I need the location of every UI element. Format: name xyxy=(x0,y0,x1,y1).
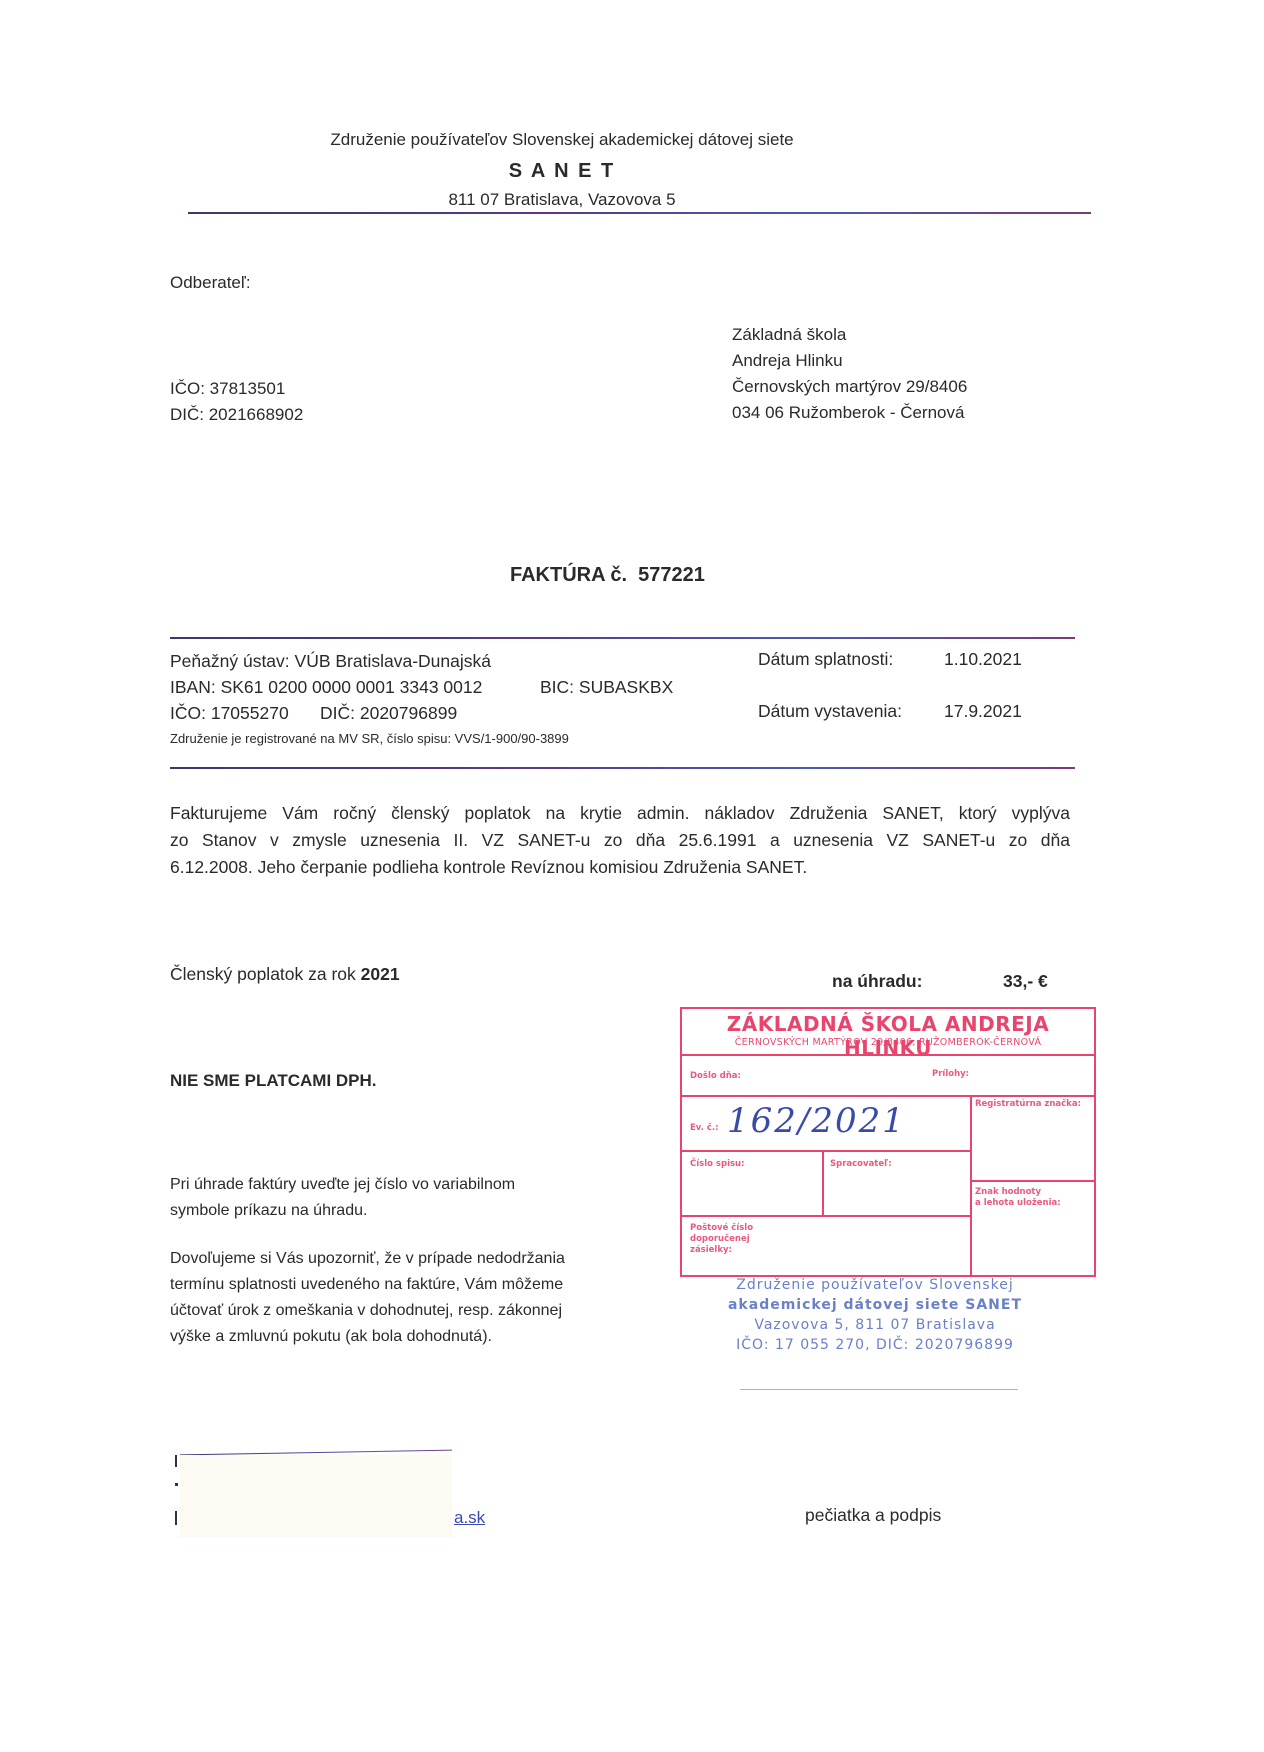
customer-address-line: Černovských martýrov 29/8406 xyxy=(732,374,967,400)
bank-institution: Peňažný ústav: VÚB Bratislava-Dunajská xyxy=(170,648,491,674)
fee-year: 2021 xyxy=(361,964,400,984)
stamp-reg-no-handwritten: 162/2021 xyxy=(727,1101,906,1141)
vat-notice: NIE SME PLATCAMI DPH. xyxy=(170,1068,377,1094)
stamp-received-label: Došlo dňa: xyxy=(690,1071,741,1082)
late-notice-line: Dovoľujeme si Vás upozorniť, že v prípad… xyxy=(170,1246,565,1272)
fee-label: Členský poplatok za rok 2021 xyxy=(170,961,400,987)
stamp-divider xyxy=(682,1150,970,1152)
redacted-contact-block xyxy=(180,1455,452,1537)
stamp-divider xyxy=(970,1095,972,1275)
org-stamp-line: Združenie používateľov Slovenskej xyxy=(705,1275,1045,1295)
org-full-name: Združenie používateľov Slovenskej akadem… xyxy=(0,130,1194,150)
stamp-registry-mark-label: Registratúrna značka: xyxy=(975,1099,1081,1110)
redaction-edge-mark xyxy=(175,1455,177,1467)
stamp-postal-line: zásielky: xyxy=(690,1245,753,1256)
payment-note-line: symbole príkazu na úhradu. xyxy=(170,1198,515,1224)
stamp-school-name: ZÁKLADNÁ ŠKOLA ANDREJA HLINKU xyxy=(682,1012,1094,1060)
org-stamp-line: Vazovova 5, 811 07 Bratislava xyxy=(705,1315,1045,1335)
signature-line xyxy=(740,1389,1018,1390)
stamp-divider xyxy=(682,1215,970,1217)
issued-date-value: 17.9.2021 xyxy=(944,698,1022,724)
due-date-value: 1.10.2021 xyxy=(944,646,1022,672)
description-line: 6.12.2008. Jeho čerpanie podlieha kontro… xyxy=(170,854,1070,881)
org-stamp-line: akademickej dátovej siete SANET xyxy=(705,1295,1045,1315)
stamp-divider xyxy=(682,1054,1094,1056)
fee-label-text: Členský poplatok za rok xyxy=(170,964,356,984)
signature-label: pečiatka a podpis xyxy=(805,1502,941,1528)
stamp-value-mark-label: Znak hodnoty a lehota uloženia: xyxy=(975,1187,1061,1209)
invoice-number: 577221 xyxy=(638,564,705,586)
bank-dic: DIČ: 2020796899 xyxy=(320,700,457,726)
description-line: zo Stanov v zmysle uznesenia II. VZ SANE… xyxy=(170,827,1070,854)
org-address: 811 07 Bratislava, Vazovova 5 xyxy=(0,190,1194,210)
bank-ico: IČO: 17055270 xyxy=(170,700,289,726)
stamp-handler-label: Spracovateľ: xyxy=(830,1159,892,1170)
description-line: Fakturujeme Vám ročný členský poplatok n… xyxy=(170,800,1070,827)
stamp-school-address: ČERNOVSKÝCH MARTÝROV 29/8406, RUŽOMBEROK… xyxy=(682,1037,1094,1048)
customer-address-line: Andreja Hlinku xyxy=(732,348,967,374)
header-divider xyxy=(188,212,1091,214)
customer-address: Základná škola Andreja Hlinku Černovskýc… xyxy=(732,322,967,426)
issued-date-label: Dátum vystavenia: xyxy=(758,698,902,724)
payment-note-line: Pri úhrade faktúry uveďte jej číslo vo v… xyxy=(170,1172,515,1198)
registry-stamp: ZÁKLADNÁ ŠKOLA ANDREJA HLINKU ČERNOVSKÝC… xyxy=(680,1007,1096,1277)
customer-address-line: Základná škola xyxy=(732,322,967,348)
invoice-title: FAKTÚRA č. 577221 xyxy=(510,564,705,587)
bank-registration: Združenie je registrované na MV SR, čísl… xyxy=(170,726,569,752)
stamp-divider xyxy=(822,1150,824,1215)
bank-top-divider xyxy=(170,637,1075,639)
amount-due-label: na úhradu: xyxy=(832,968,922,994)
org-stamp-line: IČO: 17 055 270, DIČ: 2020796899 xyxy=(705,1335,1045,1355)
redaction-edge-mark xyxy=(175,1511,177,1525)
contact-email-link[interactable]: a.sk xyxy=(454,1505,485,1531)
stamp-attachments-label: Prílohy: xyxy=(932,1069,969,1080)
organization-stamp: Združenie používateľov Slovenskej akadem… xyxy=(705,1275,1045,1355)
invoice-description: Fakturujeme Vám ročný členský poplatok n… xyxy=(170,800,1070,881)
org-short-name: S A N E T xyxy=(0,160,1194,183)
late-payment-notice: Dovoľujeme si Vás upozorniť, že v prípad… xyxy=(170,1246,565,1350)
stamp-reg-no-label: Ev. č.: xyxy=(690,1123,719,1134)
payment-note: Pri úhrade faktúry uveďte jej číslo vo v… xyxy=(170,1172,515,1224)
amount-due-value: 33,- € xyxy=(1003,968,1048,994)
stamp-file-no-label: Číslo spisu: xyxy=(690,1159,745,1170)
stamp-value-mark-line: a lehota uloženia: xyxy=(975,1198,1061,1209)
stamp-postal-label: Poštové číslo doporučenej zásielky: xyxy=(690,1223,753,1256)
late-notice-line: termínu splatnosti uvedeného na faktúre,… xyxy=(170,1272,565,1298)
bank-iban: IBAN: SK61 0200 0000 0001 3343 0012 xyxy=(170,674,482,700)
stamp-postal-line: Poštové číslo xyxy=(690,1223,753,1234)
bank-bic: BIC: SUBASKBX xyxy=(540,674,673,700)
stamp-divider xyxy=(682,1095,1094,1097)
customer-address-line: 034 06 Ružomberok - Černová xyxy=(732,400,967,426)
due-date-label: Dátum splatnosti: xyxy=(758,646,893,672)
redaction-edge-mark xyxy=(175,1483,178,1486)
customer-label: Odberateľ: xyxy=(170,270,251,296)
bank-bottom-divider xyxy=(170,767,1075,769)
stamp-postal-line: doporučenej xyxy=(690,1234,753,1245)
invoice-title-label: FAKTÚRA č. xyxy=(510,564,627,586)
customer-dic: DIČ: 2021668902 xyxy=(170,402,303,428)
stamp-value-mark-line: Znak hodnoty xyxy=(975,1187,1061,1198)
late-notice-line: výške a zmluvnú pokutu (ak bola dohodnut… xyxy=(170,1324,565,1350)
stamp-divider xyxy=(970,1180,1094,1182)
late-notice-line: účtovať úrok z omeškania v dohodnutej, r… xyxy=(170,1298,565,1324)
customer-ico: IČO: 37813501 xyxy=(170,376,285,402)
